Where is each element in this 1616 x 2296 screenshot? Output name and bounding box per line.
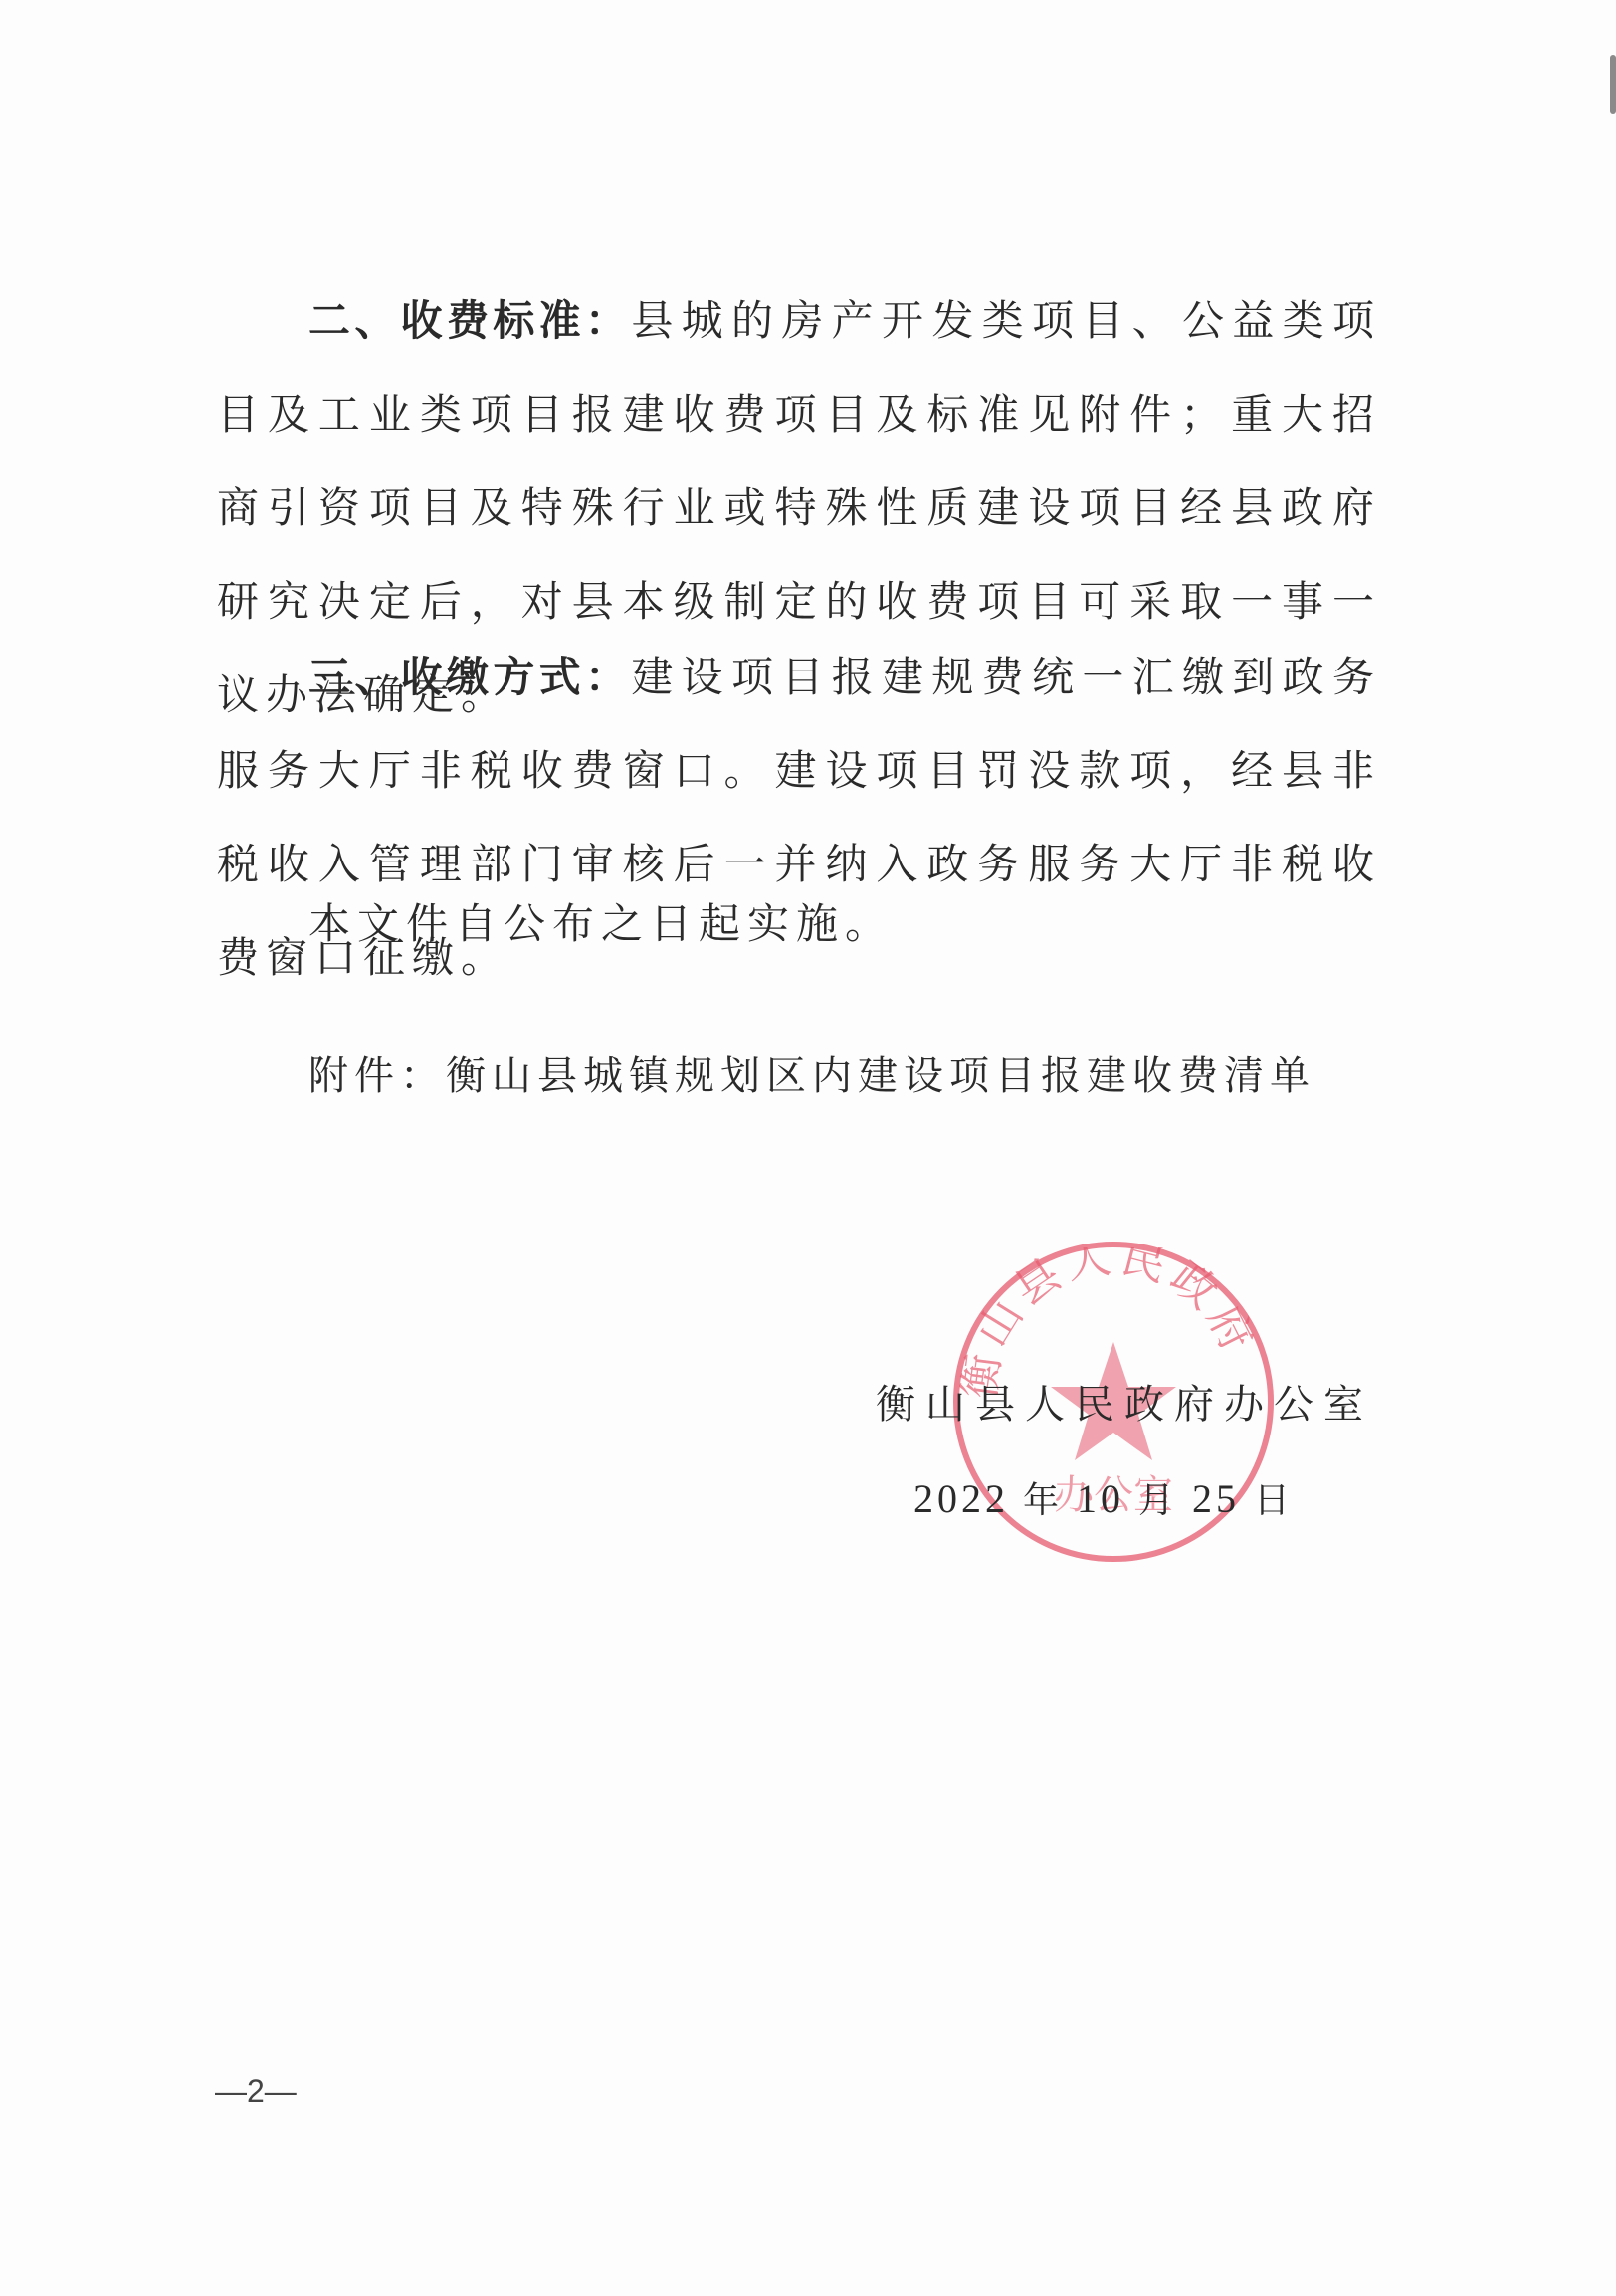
date-year-unit: 年 (1023, 1480, 1063, 1521)
date-month-unit: 月 (1138, 1480, 1178, 1521)
page-edge-mark (1610, 55, 1616, 114)
date-day: 25 (1192, 1476, 1240, 1521)
date-day-unit: 日 (1254, 1480, 1294, 1521)
effective-statement: 本文件自公布之日起实施。 (217, 877, 1381, 971)
section-heading: 二、收费标准： (308, 296, 631, 345)
section-heading: 三、收缴方式： (308, 653, 631, 701)
attachment-note: 附件：衡山县城镇规划区内建设项目报建收费清单 (308, 1045, 1315, 1101)
date-month: 10 (1077, 1476, 1124, 1521)
issue-date: 2022 年 10 月 25 日 (913, 1472, 1294, 1523)
issuing-organization: 衡山县人民政府办公室 (876, 1373, 1373, 1430)
page-number: —2— (215, 2073, 297, 2110)
date-year: 2022 (913, 1476, 1009, 1521)
